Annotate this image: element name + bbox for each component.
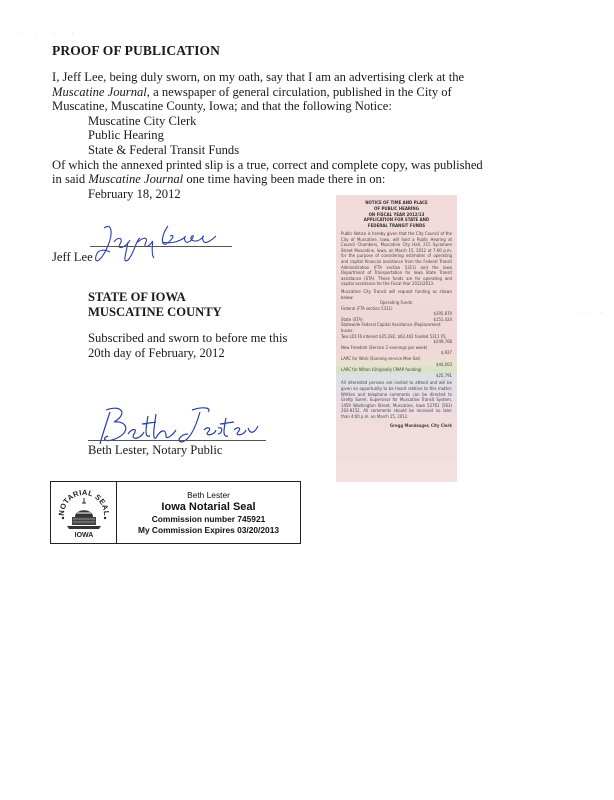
affidavit-paragraph: I, Jeff Lee, being duly sworn, on my oat…: [52, 70, 512, 201]
affidavit-line-2-text: , a newspaper of general circulation, pu…: [147, 85, 452, 99]
clipping-item: New Freedom (Service 2 evenings per week…: [341, 346, 452, 357]
scan-specks: · · ·: [578, 310, 606, 316]
clipping-heading-line: FEDERAL TRANSIT FUNDS: [341, 224, 452, 230]
affidavit-line-1: I, Jeff Lee, being duly sworn, on my oat…: [52, 70, 512, 85]
seal-text: Beth Lester Iowa Notarial Seal Commissio…: [117, 482, 300, 543]
seal-commission-expires: My Commission Expires 03/20/2013: [138, 525, 279, 536]
clipping-item: LARC for Milton (Originally CMAP funding…: [341, 368, 452, 379]
clipping-intro: Public Notice is hereby given that the C…: [341, 232, 452, 288]
notary-signature-line: [88, 440, 266, 441]
affiant-printed-name: Jeff Lee: [52, 250, 93, 265]
notice-item: State & Federal Transit Funds: [52, 143, 512, 158]
notarial-seal-stamp: NOTARIAL SEAL IOWA Beth Lester Iowa Nota…: [50, 481, 301, 544]
affidavit-line-4: Of which the annexed printed slip is a t…: [52, 158, 512, 173]
clipping-closing: All interested persons are invited to at…: [341, 381, 452, 420]
newspaper-clipping: NOTICE OF TIME AND PLACE OF PUBLIC HEARI…: [336, 195, 457, 482]
jurat-line-2: 20th day of February, 2012: [88, 346, 287, 361]
journal-name: Muscatine Journal: [88, 172, 183, 186]
clipping-item: LARC for Work (Evening service Mon-Sat)$…: [341, 357, 452, 368]
clipping-item: Two LD176 interest $25,282, $62,442 fund…: [341, 335, 452, 346]
journal-name: Muscatine Journal: [52, 85, 147, 99]
document-title: PROOF OF PUBLICATION: [52, 43, 220, 59]
notary-printed-name: Beth Lester, Notary Public: [88, 443, 223, 458]
clipping-item: Statewide Federal Capital Assistance (Re…: [341, 323, 452, 334]
venue-county: MUSCATINE COUNTY: [88, 305, 222, 320]
notice-item: Public Hearing: [52, 128, 512, 143]
svg-text:IOWA: IOWA: [74, 532, 93, 539]
capitol-dome-icon: NOTARIAL SEAL IOWA: [55, 484, 113, 542]
scan-specks: · · · ·: [18, 31, 80, 38]
affiant-signature: [92, 220, 222, 270]
venue: STATE OF IOWA MUSCATINE COUNTY: [88, 290, 222, 319]
affidavit-line-2: Muscatine Journal, a newspaper of genera…: [52, 85, 512, 100]
clipping-heading: NOTICE OF TIME AND PLACE OF PUBLIC HEARI…: [341, 201, 452, 230]
affidavit-line-3: Muscatine, Muscatine County, Iowa; and t…: [52, 99, 512, 114]
notice-item: Muscatine City Clerk: [52, 114, 512, 129]
venue-state: STATE OF IOWA: [88, 290, 222, 305]
clipping-signature: Gregg Mandsager, City Clerk: [341, 424, 452, 430]
seal-emblem: NOTARIAL SEAL IOWA: [51, 482, 117, 543]
seal-title: Iowa Notarial Seal: [161, 501, 255, 514]
clipping-item: Federal (FTA section 5311)$295,870: [341, 307, 452, 318]
clipping-item-label: Statewide Federal Capital Assistance (Re…: [341, 323, 452, 334]
jurat: Subscribed and sworn to before me this 2…: [88, 331, 287, 360]
affidavit-line-5-post: one time having been made there in on:: [183, 172, 385, 186]
affidavit-line-5-pre: in said: [52, 172, 88, 186]
seal-commission-number: Commission number 745921: [152, 514, 266, 525]
affiant-signature-line: [90, 246, 232, 247]
seal-notary-name: Beth Lester: [187, 490, 230, 501]
clipping-intro-2: Muscatine City Transit will request fund…: [341, 290, 452, 301]
affidavit-line-5: in said Muscatine Journal one time havin…: [52, 172, 512, 187]
jurat-line-1: Subscribed and sworn to before me this: [88, 331, 287, 346]
clipping-item-amount: $25,791: [341, 374, 452, 380]
